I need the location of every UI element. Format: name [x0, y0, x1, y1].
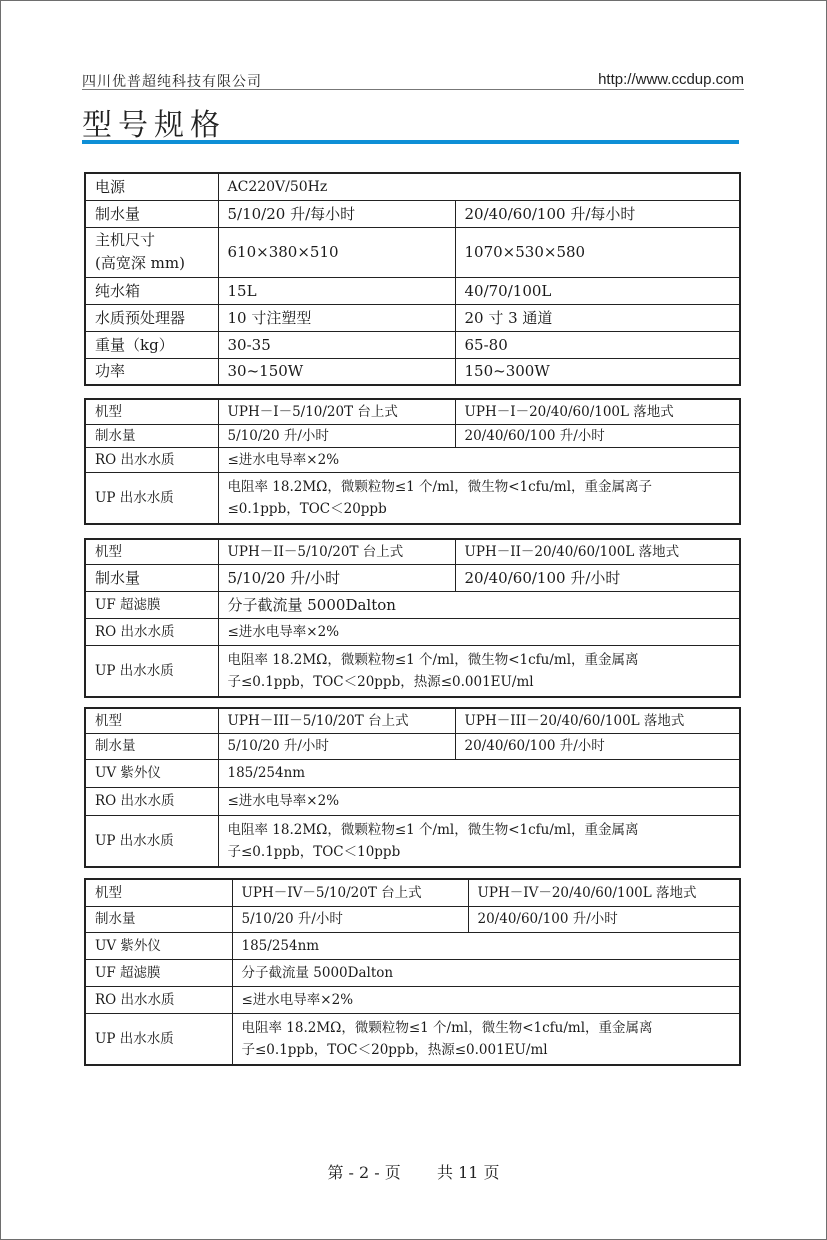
up-value: 电阻率 18.2MΩ，微颗粒物≤1 个/ml，微生物<1cfu/ml，重金属离 … — [232, 1013, 740, 1065]
page-footer: 第 - 2 - 页 共 11 页 — [0, 1160, 827, 1183]
table-row: UP 出水水质 电阻率 18.2MΩ，微颗粒物≤1 个/ml，微生物<1cfu/… — [85, 645, 740, 697]
row-label: 纯水箱 — [85, 277, 218, 304]
ro-value: ≤进水电导率×2% — [218, 787, 740, 815]
model-label: 机型 — [85, 539, 218, 564]
up-value-line: 电阻率 18.2MΩ，微颗粒物≤1 个/ml，微生物<1cfu/ml，重金属离 — [242, 1017, 734, 1039]
table-row: 纯水箱 15L 40/70/100L — [85, 277, 740, 304]
up-value-line: 子≤0.1ppb，TOC＜20ppb，热源≤0.001EU/ml — [242, 1039, 734, 1061]
table-row: 水质预处理器 10 寸注塑型 20 寸 3 通道 — [85, 304, 740, 331]
flow-label: 制水量 — [85, 564, 218, 591]
floor-flow: 20/40/60/100 升/小时 — [455, 424, 740, 447]
ro-value: ≤进水电导率×2% — [232, 986, 740, 1013]
floor-model: UPH－II－20/40/60/100L 落地式 — [455, 539, 740, 564]
table-row: 制水量 5/10/20 升/小时 20/40/60/100 升/小时 — [85, 906, 740, 932]
uv-label: UV 紫外仪 — [85, 932, 232, 959]
label-line: 主机尺寸 — [95, 229, 218, 252]
up-value: 电阻率 18.2MΩ，微颗粒物≤1 个/ml，微生物<1cfu/ml，重金属离 … — [218, 815, 740, 867]
uph-iii-spec-table: 机型 UPH－III－5/10/20T 台上式 UPH－III－20/40/60… — [84, 707, 741, 868]
floor-flow: 20/40/60/100 升/小时 — [468, 906, 740, 932]
up-label: UP 出水水质 — [85, 1013, 232, 1065]
row-label: 水质预处理器 — [85, 304, 218, 331]
up-label: UP 出水水质 — [85, 815, 218, 867]
benchtop-flow: 5/10/20 升/小时 — [218, 733, 455, 759]
table-row: 主机尺寸 (高宽深 mm) 610×380×510 1070×530×580 — [85, 227, 740, 277]
uv-value: 185/254nm — [232, 932, 740, 959]
benchtop-value: 10 寸注塑型 — [218, 304, 455, 331]
table-row: 功率 30~150W 150~300W — [85, 358, 740, 385]
label-line: (高宽深 mm) — [95, 252, 218, 275]
up-label: UP 出水水质 — [85, 472, 218, 524]
table-row: UV 紫外仪 185/254nm — [85, 932, 740, 959]
floor-model: UPH－I－20/40/60/100L 落地式 — [455, 399, 740, 424]
benchtop-value: 30-35 — [218, 331, 455, 358]
uv-value: 185/254nm — [218, 759, 740, 787]
up-value-line: 子≤0.1ppb，TOC＜20ppb，热源≤0.001EU/ml — [228, 671, 734, 693]
ro-label: RO 出水水质 — [85, 447, 218, 472]
flow-label: 制水量 — [85, 733, 218, 759]
uph-ii-spec-table: 机型 UPH－II－5/10/20T 台上式 UPH－II－20/40/60/1… — [84, 538, 741, 698]
table-row: RO 出水水质 ≤进水电导率×2% — [85, 986, 740, 1013]
benchtop-value: 5/10/20 升/每小时 — [218, 200, 455, 227]
uf-label: UF 超滤膜 — [85, 959, 232, 986]
page-number: 第 - 2 - 页 — [327, 1163, 400, 1182]
up-value: 电阻率 18.2MΩ，微颗粒物≤1 个/ml，微生物<1cfu/ml，重金属离 … — [218, 645, 740, 697]
benchtop-value: 15L — [218, 277, 455, 304]
up-value-line: 电阻率 18.2MΩ，微颗粒物≤1 个/ml，微生物<1cfu/ml，重金属离 — [228, 819, 734, 841]
floor-value: 1070×530×580 — [455, 227, 740, 277]
uph-i-spec-table: 机型 UPH－I－5/10/20T 台上式 UPH－I－20/40/60/100… — [84, 398, 741, 525]
table-row: 制水量 5/10/20 升/每小时 20/40/60/100 升/每小时 — [85, 200, 740, 227]
table-row: 机型 UPH－III－5/10/20T 台上式 UPH－III－20/40/60… — [85, 708, 740, 733]
benchtop-flow: 5/10/20 升/小时 — [218, 564, 455, 591]
up-value-line: 子≤0.1ppb，TOC＜10ppb — [228, 841, 734, 863]
table-row: UP 出水水质 电阻率 18.2MΩ，微颗粒物≤1 个/ml，微生物<1cfu/… — [85, 815, 740, 867]
up-label: UP 出水水质 — [85, 645, 218, 697]
model-label: 机型 — [85, 708, 218, 733]
table-row: 电源 AC220V/50Hz — [85, 173, 740, 200]
uph-iv-spec-table: 机型 UPH－IV－5/10/20T 台上式 UPH－IV－20/40/60/1… — [84, 878, 741, 1066]
table-row: 机型 UPH－I－5/10/20T 台上式 UPH－I－20/40/60/100… — [85, 399, 740, 424]
table-row: RO 出水水质 ≤进水电导率×2% — [85, 447, 740, 472]
company-url[interactable]: http://www.ccdup.com — [598, 71, 744, 88]
row-label: 主机尺寸 (高宽深 mm) — [85, 227, 218, 277]
page-total: 共 11 页 — [437, 1163, 500, 1182]
page-header: 四川优普超纯科技有限公司 http://www.ccdup.com — [82, 71, 744, 90]
table-row: 机型 UPH－IV－5/10/20T 台上式 UPH－IV－20/40/60/1… — [85, 879, 740, 906]
row-label: 功率 — [85, 358, 218, 385]
benchtop-flow: 5/10/20 升/小时 — [218, 424, 455, 447]
ro-value: ≤进水电导率×2% — [218, 447, 740, 472]
up-value: 电阻率 18.2MΩ，微颗粒物≤1 个/ml，微生物<1cfu/ml，重金属离子… — [218, 472, 740, 524]
benchtop-flow: 5/10/20 升/小时 — [232, 906, 468, 932]
benchtop-model: UPH－I－5/10/20T 台上式 — [218, 399, 455, 424]
flow-label: 制水量 — [85, 906, 232, 932]
benchtop-value: 30~150W — [218, 358, 455, 385]
table-row: UP 出水水质 电阻率 18.2MΩ，微颗粒物≤1 个/ml，微生物<1cfu/… — [85, 472, 740, 524]
ro-label: RO 出水水质 — [85, 986, 232, 1013]
up-value-line: 电阻率 18.2MΩ，微颗粒物≤1 个/ml，微生物<1cfu/ml，重金属离子 — [228, 476, 734, 498]
row-label: 重量（kg） — [85, 331, 218, 358]
uf-label: UF 超滤膜 — [85, 591, 218, 618]
ro-label: RO 出水水质 — [85, 787, 218, 815]
row-value: AC220V/50Hz — [218, 173, 740, 200]
uf-value: 分子截流量 5000Dalton — [232, 959, 740, 986]
table-row: UF 超滤膜 分子截流量 5000Dalton — [85, 591, 740, 618]
ro-label: RO 出水水质 — [85, 618, 218, 645]
model-label: 机型 — [85, 879, 232, 906]
uf-value: 分子截流量 5000Dalton — [218, 591, 740, 618]
up-value-line: 电阻率 18.2MΩ，微颗粒物≤1 个/ml，微生物<1cfu/ml，重金属离 — [228, 649, 734, 671]
flow-label: 制水量 — [85, 424, 218, 447]
row-label: 制水量 — [85, 200, 218, 227]
table-row: UP 出水水质 电阻率 18.2MΩ，微颗粒物≤1 个/ml，微生物<1cfu/… — [85, 1013, 740, 1065]
floor-value: 20/40/60/100 升/每小时 — [455, 200, 740, 227]
floor-model: UPH－IV－20/40/60/100L 落地式 — [468, 879, 740, 906]
general-spec-table: 电源 AC220V/50Hz 制水量 5/10/20 升/每小时 20/40/6… — [84, 172, 741, 386]
benchtop-model: UPH－IV－5/10/20T 台上式 — [232, 879, 468, 906]
up-value-line: ≤0.1ppb，TOC＜20ppb — [228, 498, 734, 520]
floor-flow: 20/40/60/100 升/小时 — [455, 733, 740, 759]
ro-value: ≤进水电导率×2% — [218, 618, 740, 645]
table-row: 制水量 5/10/20 升/小时 20/40/60/100 升/小时 — [85, 424, 740, 447]
table-row: 重量（kg） 30-35 65-80 — [85, 331, 740, 358]
benchtop-model: UPH－III－5/10/20T 台上式 — [218, 708, 455, 733]
floor-flow: 20/40/60/100 升/小时 — [455, 564, 740, 591]
table-row: 制水量 5/10/20 升/小时 20/40/60/100 升/小时 — [85, 733, 740, 759]
floor-model: UPH－III－20/40/60/100L 落地式 — [455, 708, 740, 733]
table-row: 制水量 5/10/20 升/小时 20/40/60/100 升/小时 — [85, 564, 740, 591]
floor-value: 20 寸 3 通道 — [455, 304, 740, 331]
table-row: RO 出水水质 ≤进水电导率×2% — [85, 787, 740, 815]
table-row: 机型 UPH－II－5/10/20T 台上式 UPH－II－20/40/60/1… — [85, 539, 740, 564]
page-title: 型号规格 — [82, 100, 226, 144]
floor-value: 65-80 — [455, 331, 740, 358]
benchtop-value: 610×380×510 — [218, 227, 455, 277]
table-row: UF 超滤膜 分子截流量 5000Dalton — [85, 959, 740, 986]
model-label: 机型 — [85, 399, 218, 424]
uv-label: UV 紫外仪 — [85, 759, 218, 787]
row-label: 电源 — [85, 173, 218, 200]
floor-value: 40/70/100L — [455, 277, 740, 304]
company-name: 四川优普超纯科技有限公司 — [82, 71, 262, 91]
floor-value: 150~300W — [455, 358, 740, 385]
benchtop-model: UPH－II－5/10/20T 台上式 — [218, 539, 455, 564]
table-row: RO 出水水质 ≤进水电导率×2% — [85, 618, 740, 645]
title-underline-bar — [82, 140, 739, 144]
table-row: UV 紫外仪 185/254nm — [85, 759, 740, 787]
